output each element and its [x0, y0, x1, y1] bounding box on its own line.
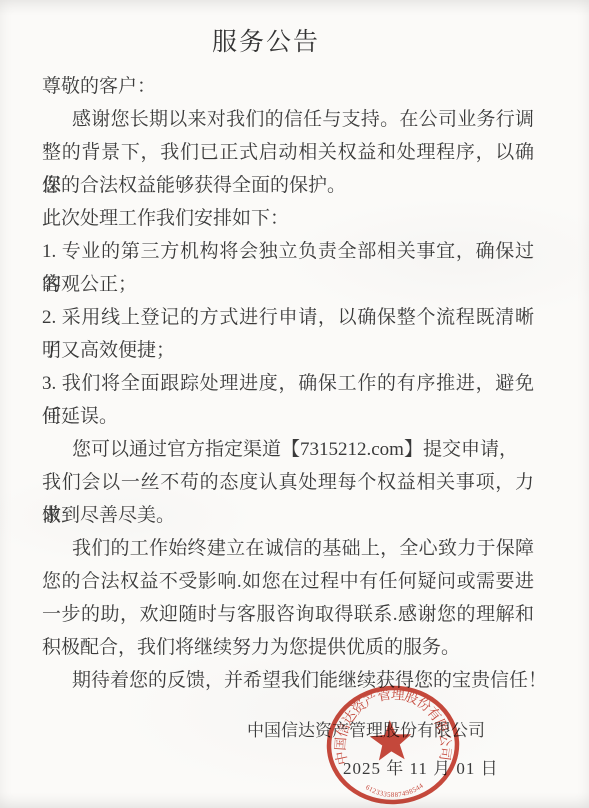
body-line: 此次处理工作我们安排如下： [42, 202, 534, 235]
salutation: 尊敬的客户： [42, 70, 534, 103]
body-line: 您的合法权益能够获得全面的保护。 [42, 169, 534, 202]
body-line: 一步的助，欢迎随时与客服咨询取得联系.感谢您的理解和 [42, 598, 534, 631]
body-line: 整的背景下，我们已正式启动相关权益和处理程序，以确保 [42, 136, 534, 169]
body-line: 何延误。 [42, 400, 534, 433]
body-line: 感谢您长期以来对我们的信任与支持。在公司业务行调 [42, 103, 534, 136]
list-item: 1. 专业的第三方机构将会独立负责全部相关事宜，确保过的 [42, 235, 534, 268]
body-line: 我们会以一丝不苟的态度认真处理每个权益相关事项，力求 [42, 466, 534, 499]
body-line: 您的合法权益不受影响.如您在过程中有任何疑问或需要进 [42, 565, 534, 598]
letter-body: 尊敬的客户： 感谢您长期以来对我们的信任与支持。在公司业务行调 整的背景下，我们… [42, 70, 534, 697]
body-line: 了又高效便捷； [42, 334, 534, 367]
list-item: 2. 采用线上登记的方式进行申请，以确保整个流程既清晰明 [42, 301, 534, 334]
official-seal: 中国信达资产管理股份有限公司 6123335887498544 [317, 678, 469, 808]
body-line: 做到尽善尽美。 [42, 499, 534, 532]
page-title: 服务公告 [0, 22, 532, 58]
body-line: 客观公正； [42, 268, 534, 301]
list-item: 3. 我们将全面跟踪处理进度，确保工作的有序推进，避免任 [42, 367, 534, 400]
seal-star-icon [369, 719, 413, 761]
body-line: 我们的工作始终建立在诚信的基础上，全心致力于保障 [42, 532, 534, 565]
body-line: 积极配合，我们将继续努力为您提供优质的服务。 [42, 631, 534, 664]
document-page: { "doc": { "title": "服务公告", "lines": [ "… [0, 0, 589, 808]
body-line-with-url: 您可以通过官方指定渠道【7315212.com】提交申请， [42, 433, 534, 466]
